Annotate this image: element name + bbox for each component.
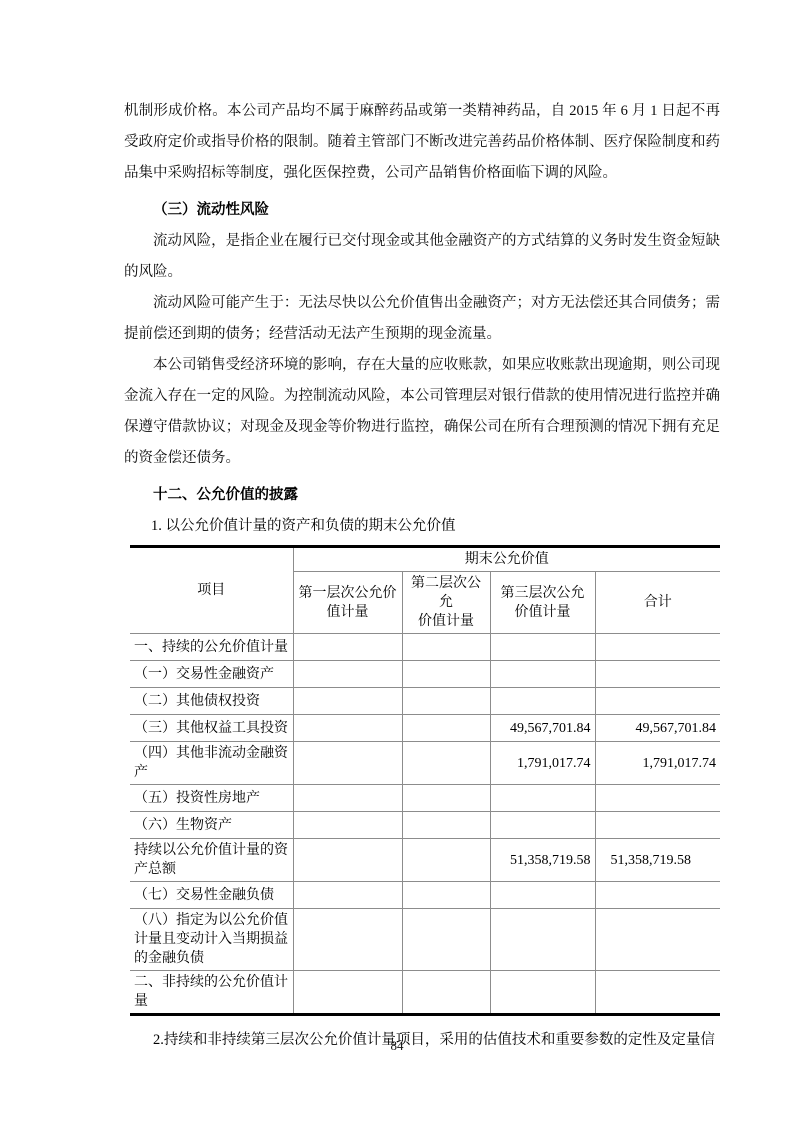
cell-level3 — [490, 812, 595, 839]
row-label: 一、持续的公允价值计量 — [130, 634, 293, 661]
row-label: （二）其他债权投资 — [130, 688, 293, 715]
cell-total — [595, 688, 720, 715]
row-label: （五）投资性房地产 — [130, 785, 293, 812]
table-row: （八）指定为以公允价值计量且变动计入当期损益的金融负债 — [130, 909, 720, 971]
table-row: （三）其他权益工具投资 49,567,701.84 49,567,701.84 — [130, 715, 720, 742]
cell-level2 — [402, 634, 490, 661]
cell-level2 — [402, 882, 490, 909]
table-row: 二、非持续的公允价值计量 — [130, 971, 720, 1015]
table-row: （六）生物资产 — [130, 812, 720, 839]
page-number: 84 — [0, 1038, 794, 1054]
cell-total — [595, 661, 720, 688]
paragraph-liquidity-control: 本公司销售受经济环境的影响，存在大量的应收账款，如果应收账款出现逾期，则公司现金… — [124, 350, 720, 474]
header-row-group: 项目 期末公允价值 — [130, 547, 720, 572]
table-row: （五）投资性房地产 — [130, 785, 720, 812]
row-label: （三）其他权益工具投资 — [130, 715, 293, 742]
cell-level1 — [293, 812, 402, 839]
cell-level3: 51,358,719.58 — [490, 839, 595, 882]
cell-level2 — [402, 688, 490, 715]
cell-level1 — [293, 661, 402, 688]
table-row: （一）交易性金融资产 — [130, 661, 720, 688]
column-header-level3: 第三层次公允 价值计量 — [490, 572, 595, 634]
cell-level1 — [293, 882, 402, 909]
table-row: （四）其他非流动金融资产 1,791,017.74 1,791,017.74 — [130, 742, 720, 785]
cell-level1 — [293, 742, 402, 785]
cell-total: 49,567,701.84 — [595, 715, 720, 742]
cell-level1 — [293, 785, 402, 812]
column-header-level2: 第二层次公允 价值计量 — [402, 572, 490, 634]
cell-level1 — [293, 909, 402, 971]
cell-level3 — [490, 634, 595, 661]
cell-level3 — [490, 971, 595, 1015]
cell-level3: 1,791,017.74 — [490, 742, 595, 785]
fair-value-table-body: 一、持续的公允价值计量 （一）交易性金融资产 （二）其他债权投资 — [130, 634, 720, 1015]
cell-total — [595, 882, 720, 909]
heading-fair-value-disclosure: 十二、公允价值的披露 — [124, 480, 720, 511]
row-label: （七）交易性金融负债 — [130, 882, 293, 909]
cell-total — [595, 909, 720, 971]
cell-total — [595, 634, 720, 661]
page-content: 机制形成价格。本公司产品均不属于麻醉药品或第一类精神药品，自 2015 年 6 … — [124, 96, 720, 1071]
column-header-period-end-fair-value: 期末公允价值 — [293, 547, 720, 572]
cell-level2 — [402, 715, 490, 742]
table-row: （七）交易性金融负债 — [130, 882, 720, 909]
cell-total — [595, 785, 720, 812]
paragraph-liquidity-definition: 流动风险，是指企业在履行已交付现金或其他金融资产的方式结算的义务时发生资金短缺的… — [124, 226, 720, 288]
fair-value-table-header: 项目 期末公允价值 第一层次公允价 值计量 第二层次公允 价值计量 第三层次公允… — [130, 547, 720, 634]
cell-level2 — [402, 661, 490, 688]
cell-level1 — [293, 634, 402, 661]
cell-level1 — [293, 715, 402, 742]
cell-level2 — [402, 785, 490, 812]
cell-total — [595, 812, 720, 839]
row-label: （一）交易性金融资产 — [130, 661, 293, 688]
cell-level1 — [293, 839, 402, 882]
cell-level2 — [402, 839, 490, 882]
paragraph-liquidity-sources: 流动风险可能产生于：无法尽快以公允价值售出金融资产；对方无法偿还其合同债务；需提… — [124, 288, 720, 350]
cell-level3 — [490, 785, 595, 812]
cell-level3 — [490, 882, 595, 909]
heading-liquidity-risk: （三）流动性风险 — [124, 195, 720, 226]
column-header-total: 合计 — [595, 572, 720, 634]
cell-level2 — [402, 909, 490, 971]
table-row: （二）其他债权投资 — [130, 688, 720, 715]
column-header-level1: 第一层次公允价 值计量 — [293, 572, 402, 634]
document-page: 机制形成价格。本公司产品均不属于麻醉药品或第一类精神药品，自 2015 年 6 … — [0, 0, 794, 1122]
column-header-item: 项目 — [130, 547, 293, 634]
row-label: （六）生物资产 — [130, 812, 293, 839]
cell-level1 — [293, 688, 402, 715]
cell-total: 51,358,719.58 — [595, 839, 720, 882]
cell-level2 — [402, 971, 490, 1015]
cell-level3 — [490, 909, 595, 971]
cell-total — [595, 971, 720, 1015]
row-label: 二、非持续的公允价值计量 — [130, 971, 293, 1015]
cell-level3 — [490, 661, 595, 688]
cell-level2 — [402, 812, 490, 839]
cell-level3: 49,567,701.84 — [490, 715, 595, 742]
cell-level3 — [490, 688, 595, 715]
paragraph-price-mechanism: 机制形成价格。本公司产品均不属于麻醉药品或第一类精神药品，自 2015 年 6 … — [124, 96, 720, 189]
cell-level2 — [402, 742, 490, 785]
fair-value-table: 项目 期末公允价值 第一层次公允价 值计量 第二层次公允 价值计量 第三层次公允… — [130, 545, 720, 1016]
cell-level1 — [293, 971, 402, 1015]
table-row: 持续以公允价值计量的资产总额 51,358,719.58 51,358,719.… — [130, 839, 720, 882]
cell-total: 1,791,017.74 — [595, 742, 720, 785]
subheading-fair-value-item1: 1. 以公允价值计量的资产和负债的期末公允价值 — [124, 511, 720, 542]
row-label: （八）指定为以公允价值计量且变动计入当期损益的金融负债 — [130, 909, 293, 971]
table-row: 一、持续的公允价值计量 — [130, 634, 720, 661]
row-label: 持续以公允价值计量的资产总额 — [130, 839, 293, 882]
row-label: （四）其他非流动金融资产 — [130, 742, 293, 785]
